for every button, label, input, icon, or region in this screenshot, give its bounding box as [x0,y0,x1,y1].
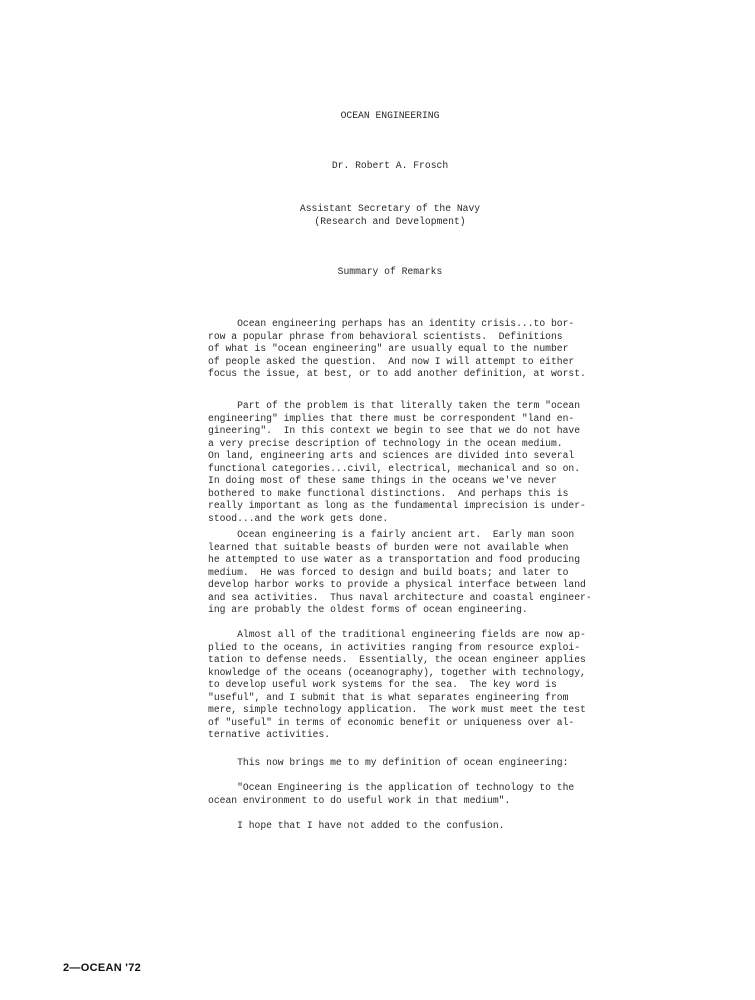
page-footer-label: 2—OCEAN '72 [63,962,141,974]
text-line: to develop useful work systems for the s… [208,679,586,692]
text-line: of people asked the question. And now I … [208,356,586,369]
author-position-line-1: Assistant Secretary of the Navy [0,203,755,216]
text-line: Ocean engineering perhaps has an identit… [208,318,586,331]
text-line: Part of the problem is that literally ta… [208,400,586,413]
text-line: "useful", and I submit that is what sepa… [208,692,586,705]
text-line: a very precise description of technology… [208,438,586,451]
text-line: medium. He was forced to design and buil… [208,567,592,580]
author-position-line-2: (Research and Development) [0,216,755,229]
text-line: This now brings me to my definition of o… [208,757,568,770]
text-line: gineering". In this context we begin to … [208,425,586,438]
text-line: of "useful" in terms of economic benefit… [208,717,586,730]
paragraph-5: This now brings me to my definition of o… [208,757,568,770]
text-line: develop harbor works to provide a physic… [208,579,592,592]
text-line: ing are probably the oldest forms of oce… [208,604,592,617]
text-line: knowledge of the oceans (oceanography), … [208,667,586,680]
closing-paragraph: I hope that I have not added to the conf… [208,820,505,833]
text-line: In doing most of these same things in th… [208,475,586,488]
text-line: ocean environment to do useful work in t… [208,795,574,808]
text-line: row a popular phrase from behavioral sci… [208,331,586,344]
document-title: OCEAN ENGINEERING [0,110,755,123]
text-line: really important as long as the fundamen… [208,500,586,513]
text-line: stood...and the work gets done. [208,513,586,526]
text-line: Ocean engineering is a fairly ancient ar… [208,529,592,542]
text-line: of what is "ocean engineering" are usual… [208,343,586,356]
text-line: mere, simple technology application. The… [208,704,586,717]
text-line: Almost all of the traditional engineerin… [208,629,586,642]
text-line: he attempted to use water as a transport… [208,554,592,567]
text-line: ternative activities. [208,729,586,742]
text-line: "Ocean Engineering is the application of… [208,782,574,795]
document-subtitle: Summary of Remarks [0,266,755,279]
text-line: On land, engineering arts and sciences a… [208,450,586,463]
definition-quote: "Ocean Engineering is the application of… [208,782,574,807]
text-line: bothered to make functional distinctions… [208,488,586,501]
paragraph-2: Part of the problem is that literally ta… [208,400,586,525]
text-line: focus the issue, at best, or to add anot… [208,368,586,381]
text-line: learned that suitable beasts of burden w… [208,542,592,555]
text-line: tation to defense needs. Essentially, th… [208,654,586,667]
paragraph-1: Ocean engineering perhaps has an identit… [208,318,586,381]
text-line: engineering" implies that there must be … [208,413,586,426]
text-line: plied to the oceans, in activities rangi… [208,642,586,655]
text-line: and sea activities. Thus naval architect… [208,592,592,605]
text-line: I hope that I have not added to the conf… [208,820,505,833]
author-name: Dr. Robert A. Frosch [0,160,755,173]
paragraph-3: Ocean engineering is a fairly ancient ar… [208,529,592,617]
text-line: functional categories...civil, electrica… [208,463,586,476]
paragraph-4: Almost all of the traditional engineerin… [208,629,586,742]
